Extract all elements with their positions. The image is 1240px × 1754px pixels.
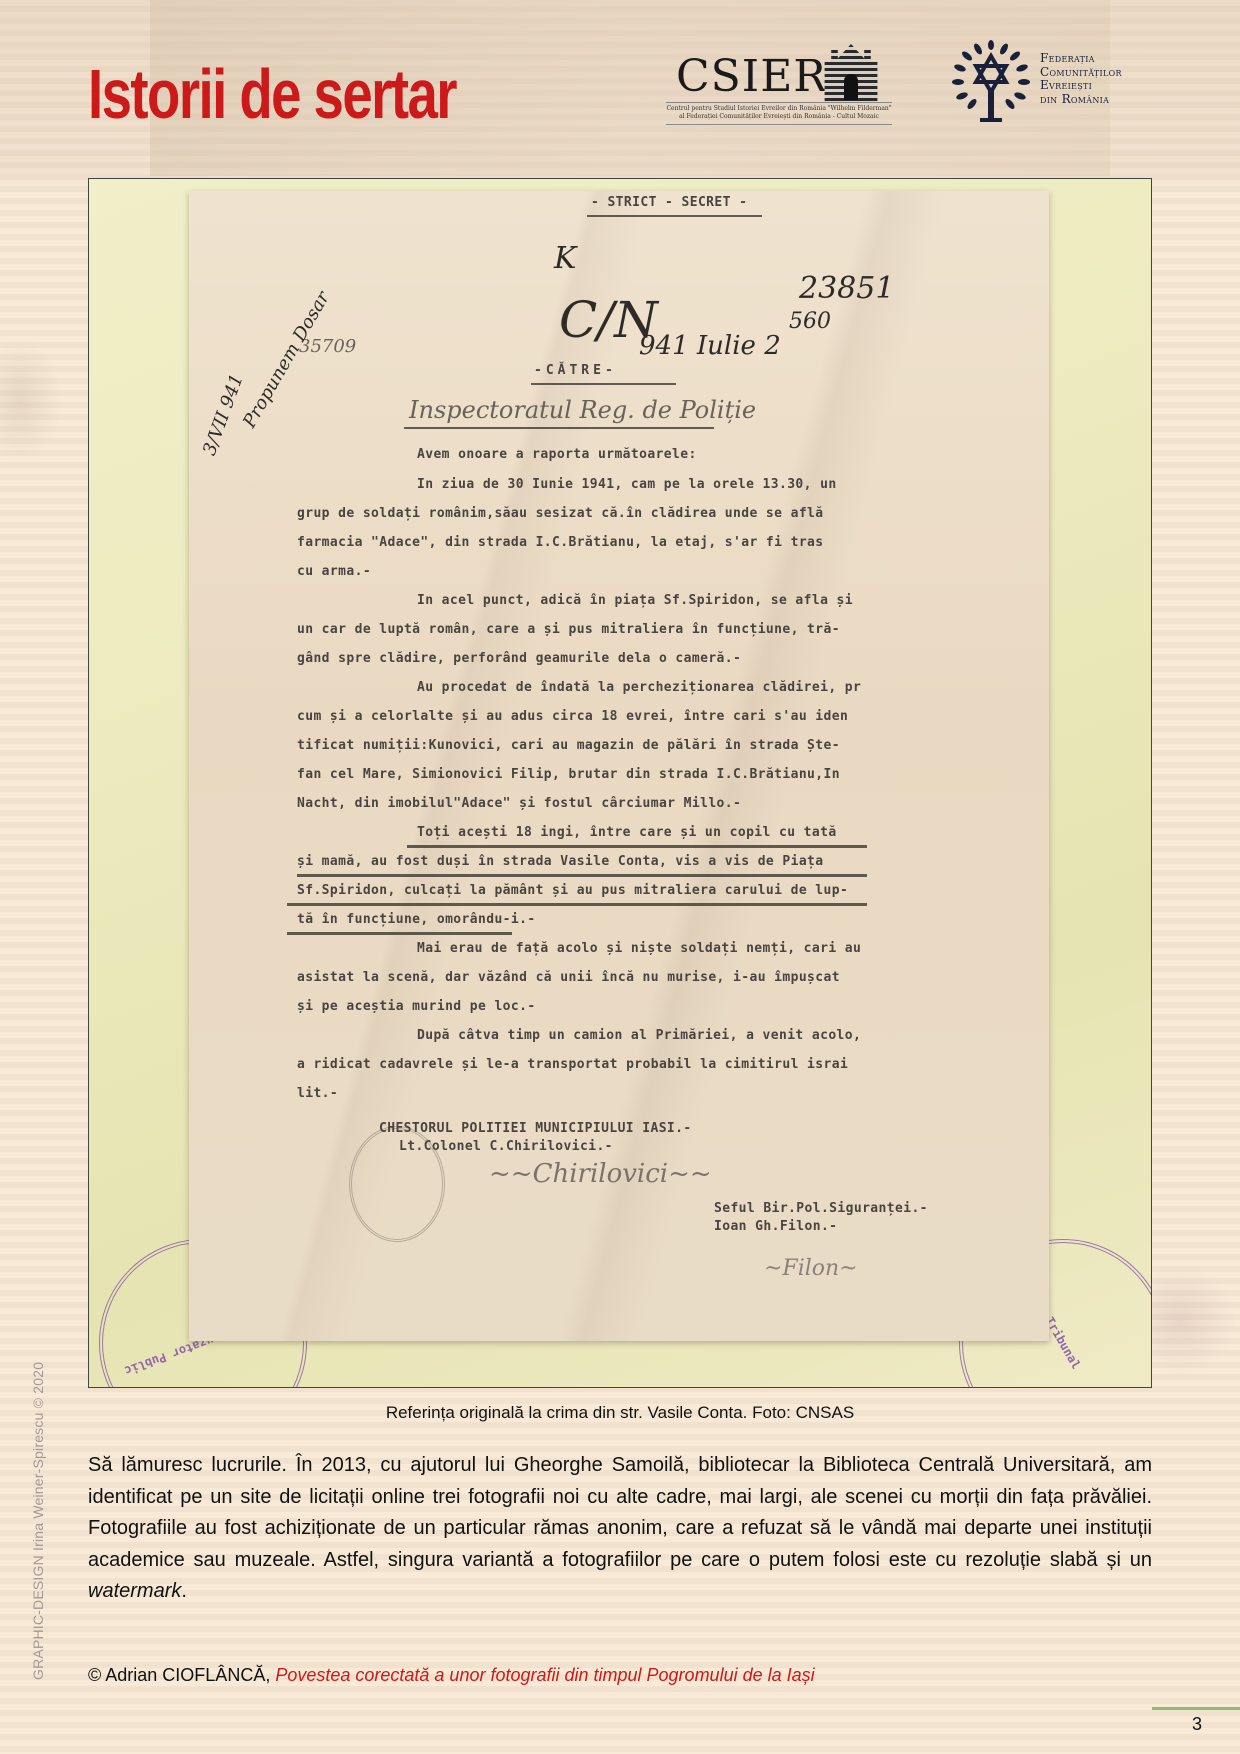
csier-logo-rule-top	[666, 102, 892, 103]
report-line: lit.-	[297, 1086, 338, 1101]
handwritten-margin-note: Propunem Dosar	[239, 288, 334, 431]
csier-logo-rule-bottom	[666, 124, 892, 125]
csier-logo-subtitle: Centrul pentru Studiul Istoriei Evreilor…	[666, 105, 892, 121]
article-credit: © Adrian CIOFLÂNCĂ, Povestea corectată a…	[88, 1664, 815, 1686]
fcer-line-1: Federația	[1040, 52, 1122, 66]
archival-document-photo: Cabinet Acuzator Public Tribunal - STRIC…	[88, 178, 1152, 1388]
report-line: asistat la scenă, dar văzând că unii înc…	[297, 970, 840, 985]
highlight-underline	[287, 932, 512, 935]
paragraph-end: .	[181, 1580, 187, 1602]
signature-left-name: Lt.Colonel C.Chirilovici.-	[399, 1139, 613, 1154]
star-of-david-tree-icon	[950, 40, 1032, 126]
report-line: fan cel Mare, Simionovici Filip, brutar …	[297, 767, 840, 782]
fcer-line-2: Comunităților	[1040, 66, 1122, 80]
highlight-underline	[287, 903, 867, 906]
report-line: După câtva timp un camion al Primăriei, …	[417, 1028, 861, 1043]
report-line: și mamă, au fost duși în strada Vasile C…	[297, 854, 824, 869]
design-credit: GRAPHIC-DESIGN Irina Weiner-Spirescu © 2…	[30, 1362, 46, 1680]
report-line: cu arma.-	[297, 564, 371, 579]
signature-left-title: CHESTORUL POLITIEI MUNICIPIULUI IASI.-	[379, 1121, 692, 1136]
fcer-logo: Federația Comunităților Evreiești din Ro…	[948, 38, 1158, 128]
report-line: In acel punct, adică în piața Sf.Spirido…	[417, 593, 853, 608]
addressee-heading: -CĂTRE-	[534, 363, 617, 378]
highlight-underline	[297, 874, 867, 877]
fcer-logo-text: Federația Comunităților Evreiești din Ro…	[1040, 52, 1122, 106]
page-number: 3	[1192, 1714, 1202, 1735]
report-line: Au procedat de îndată la percheziționare…	[417, 680, 861, 695]
highlight-underline	[407, 845, 867, 848]
synagogue-door-icon	[844, 74, 858, 100]
report-line: a ridicat cadavrele și le-a transportat …	[297, 1057, 848, 1072]
signature-left-handwritten: ~~Chirilovici~~	[489, 1159, 712, 1189]
csier-subtitle-line-2: al Federației Comunităților Evreiești di…	[666, 113, 892, 121]
document-paper: - STRICT - SECRET - K C/N 23851 560 941 …	[189, 191, 1049, 1341]
page-number-rule	[1152, 1707, 1240, 1710]
fcer-line-4: din România	[1040, 93, 1122, 107]
paragraph-text: Să lămuresc lucrurile. În 2013, cu ajuto…	[88, 1454, 1152, 1571]
report-line: Toți acești 18 ingi, între care și un co…	[417, 825, 837, 840]
handwritten-initial: K	[554, 241, 576, 276]
handwritten-margin-date: 3/VII 941	[199, 371, 248, 458]
credit-work-title: Povestea corectată a unor fotografii din…	[275, 1665, 814, 1685]
report-greeting: Avem onoare a raporta următoarele:	[417, 447, 697, 462]
report-line: gând spre clădire, perforând geamurile d…	[297, 651, 741, 666]
classification-underline	[587, 215, 762, 217]
page-title: Istorii de sertar	[88, 56, 456, 132]
handwritten-sub-number: 560	[789, 309, 831, 334]
report-line: farmacia "Adace", din strada I.C.Brătian…	[297, 535, 824, 550]
csier-logo: CSIER Centrul pentru Studiul Istoriei Ev…	[666, 44, 892, 130]
classification-label: - STRICT - SECRET -	[591, 195, 747, 210]
csier-logo-wordmark: CSIER	[676, 52, 827, 102]
report-line: grup de soldați românim,săau sesizat că.…	[297, 506, 824, 521]
report-line: și pe aceștia murind pe loc.-	[297, 999, 536, 1014]
signature-right-name: Ioan Gh.Filon.-	[714, 1219, 837, 1234]
report-line: Mai erau de față acolo și niște soldați …	[417, 941, 861, 956]
article-paragraph: Să lămuresc lucrurile. În 2013, cu ajuto…	[88, 1450, 1152, 1608]
paragraph-italic-term: watermark	[88, 1580, 181, 1602]
photo-caption: Referința originală la crima din str. Va…	[88, 1403, 1152, 1423]
handwritten-addressee: Inspectoratul Reg. de Poliție	[409, 396, 756, 424]
report-line: Nacht, din imobilul"Adace" și fostul câr…	[297, 796, 741, 811]
report-line: Sf.Spiridon, culcați la pământ și au pus…	[297, 883, 848, 898]
report-line: cum și a celorlalte și au adus circa 18 …	[297, 709, 848, 724]
report-line: tificat numiții:Kunovici, cari au magazi…	[297, 738, 840, 753]
report-line: un car de luptă român, care a și pus mit…	[297, 622, 840, 637]
signature-right-title: Seful Bir.Pol.Siguranței.-	[714, 1201, 928, 1216]
credit-author: © Adrian CIOFLÂNCĂ,	[88, 1665, 275, 1685]
report-line: tă în funcțiune, omorându-i.-	[297, 912, 536, 927]
handwritten-registration-number: 23851	[799, 271, 894, 306]
addressee-heading-underline	[531, 383, 676, 385]
handwritten-date: 941 Iulie 2	[639, 331, 781, 361]
addressee-underline	[404, 427, 714, 429]
report-line: In ziua de 30 Iunie 1941, cam pe la orel…	[417, 477, 837, 492]
csier-subtitle-line-1: Centrul pentru Studiul Istoriei Evreilor…	[666, 105, 892, 113]
signature-right-handwritten: ~Filon~	[764, 1256, 858, 1281]
fcer-line-3: Evreiești	[1040, 79, 1122, 93]
